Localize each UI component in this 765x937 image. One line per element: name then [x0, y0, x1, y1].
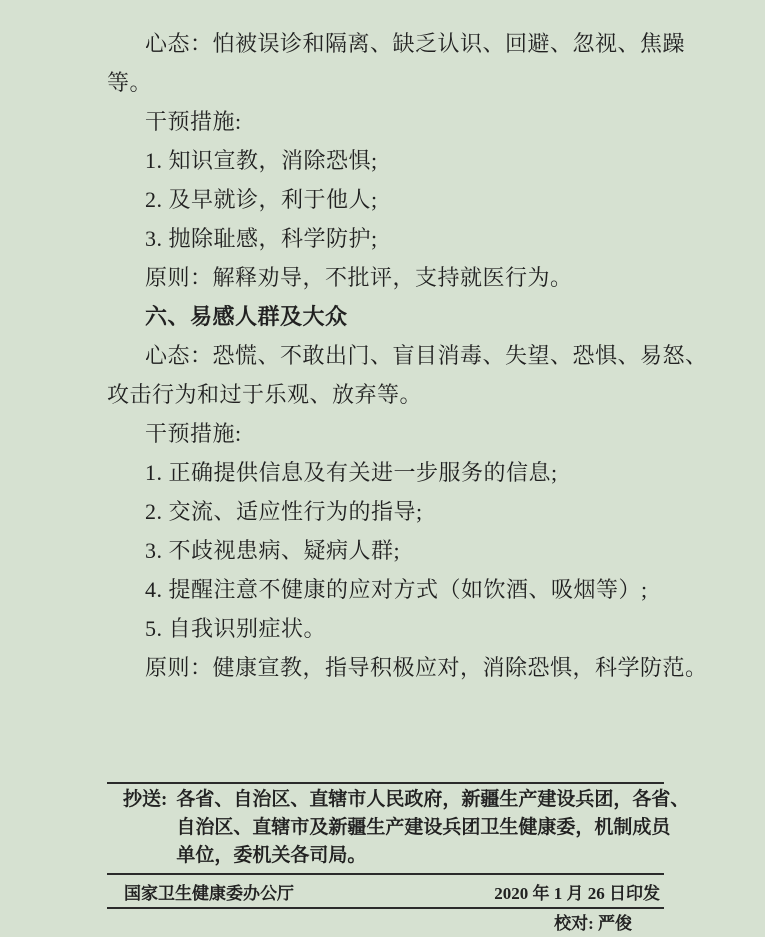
issuer-row: 国家卫生健康委办公厅 2020 年 1 月 26 日印发 [107, 875, 664, 907]
body-line: 等。 [107, 63, 675, 102]
proofreader-note: 校对: 严俊 [107, 909, 664, 937]
body-line: 心态：怕被误诊和隔离、缺乏认识、回避、忽视、焦躁 [107, 24, 675, 63]
body-line: 原则：解释劝导，不批评，支持就医行为。 [107, 258, 675, 297]
body-line: 心态：恐慌、不敢出门、盲目消毒、失望、恐惧、易怒、 [107, 336, 675, 375]
print-date: 2020 年 1 月 26 日印发 [494, 879, 660, 904]
body-line: 干预措施: [107, 102, 675, 141]
document-footer: 抄送: 各省、自治区、直辖市人民政府，新疆生产建设兵团，各省、 自治区、直辖市及… [107, 782, 664, 937]
body-line: 3. 不歧视患病、疑病人群; [107, 531, 675, 570]
copy-to-label: 抄送: [123, 786, 167, 870]
body-line: 干预措施: [107, 414, 675, 453]
body-line: 2. 及早就诊，利于他人; [107, 180, 675, 219]
body-line: 1. 知识宣教，消除恐惧; [107, 141, 675, 180]
copy-to-block: 抄送: 各省、自治区、直辖市人民政府，新疆生产建设兵团，各省、 自治区、直辖市及… [107, 784, 664, 873]
body-line: 1. 正确提供信息及有关进一步服务的信息; [107, 453, 675, 492]
body-line: 原则：健康宣教，指导积极应对，消除恐惧，科学防范。 [107, 648, 675, 687]
body-line: 4. 提醒注意不健康的应对方式（如饮酒、吸烟等）; [107, 570, 675, 609]
body-line: 2. 交流、适应性行为的指导; [107, 492, 675, 531]
copy-to-line: 各省、自治区、直辖市人民政府，新疆生产建设兵团，各省、 [176, 786, 689, 814]
copy-to-line: 自治区、直辖市及新疆生产建设兵团卫生健康委，机制成员 [176, 814, 689, 842]
body-line: 5. 自我识别症状。 [107, 609, 675, 648]
body-line: 3. 抛除耻感，科学防护; [107, 219, 675, 258]
copy-to-line: 单位，委机关各司局。 [176, 842, 689, 870]
issuer-name: 国家卫生健康委办公厅 [124, 879, 294, 904]
body-line: 攻击行为和过于乐观、放弃等。 [107, 375, 675, 414]
section-heading: 六、易感人群及大众 [107, 297, 675, 336]
copy-to-text: 各省、自治区、直辖市人民政府，新疆生产建设兵团，各省、 自治区、直辖市及新疆生产… [176, 786, 689, 870]
document-page: 心态：怕被误诊和隔离、缺乏认识、回避、忽视、焦躁 等。 干预措施: 1. 知识宣… [0, 0, 765, 937]
document-body: 心态：怕被误诊和隔离、缺乏认识、回避、忽视、焦躁 等。 干预措施: 1. 知识宣… [107, 24, 675, 687]
